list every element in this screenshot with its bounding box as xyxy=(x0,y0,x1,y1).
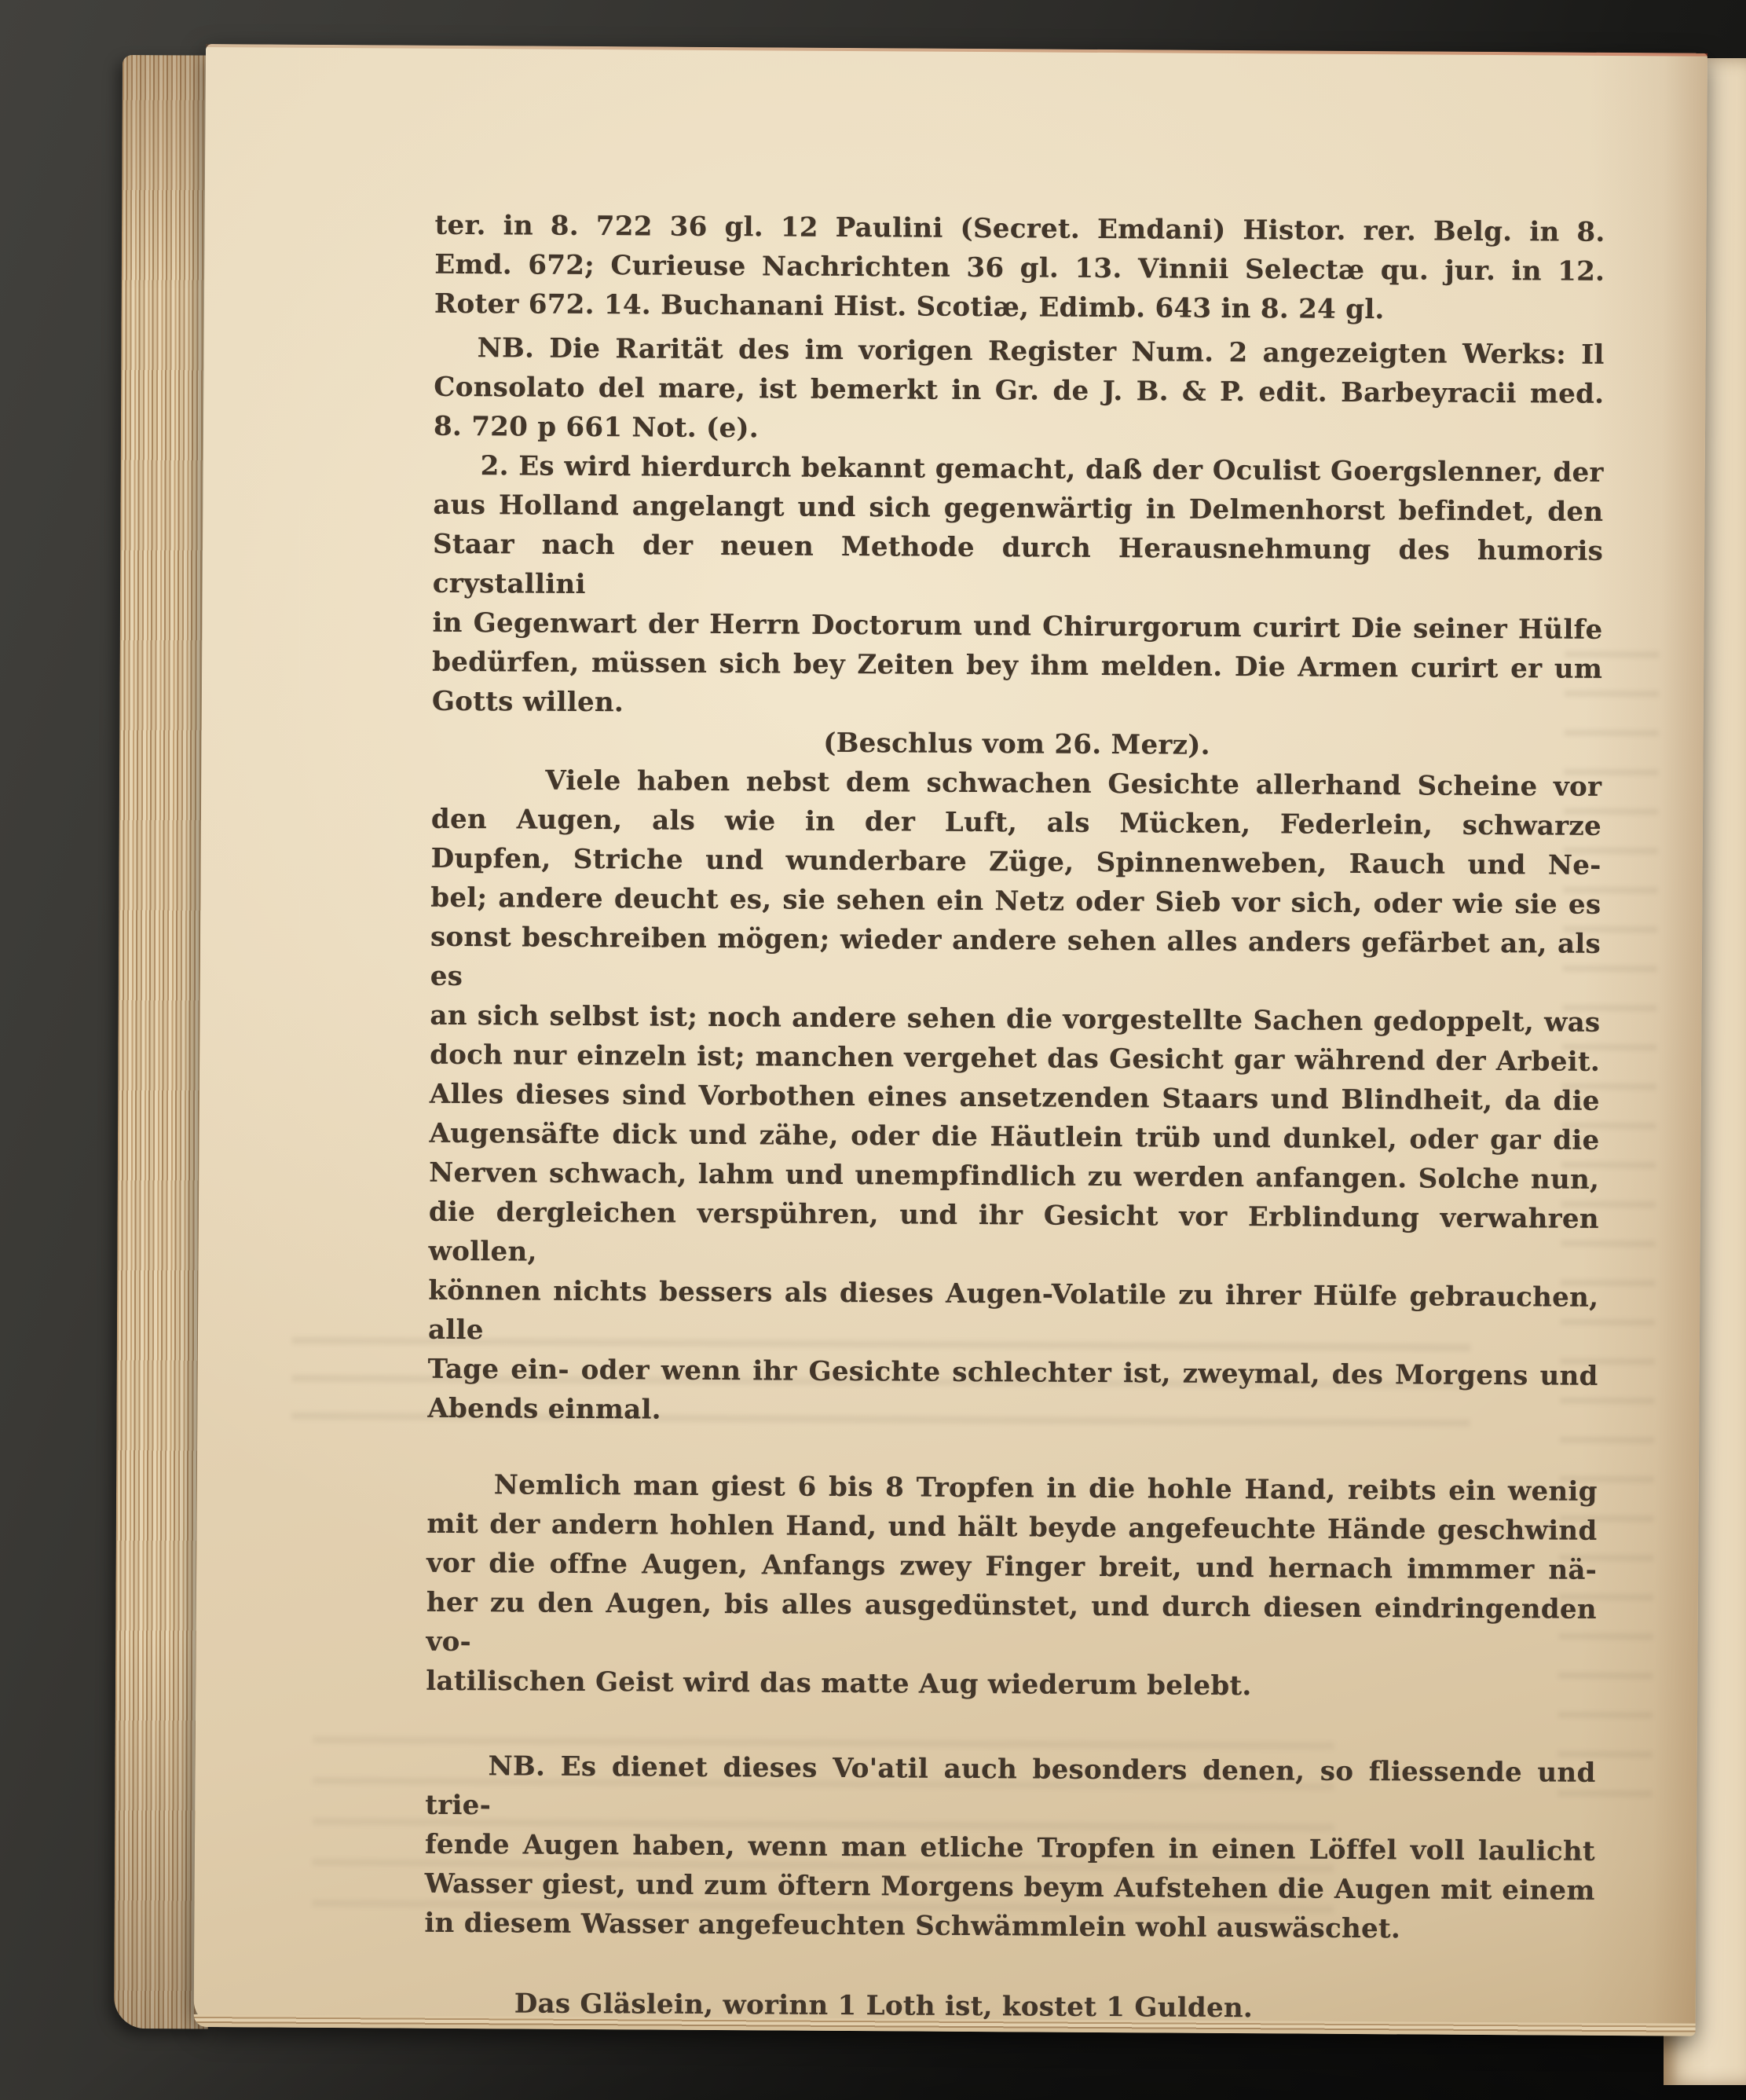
oculist-announcement-paragraph: 2. Es wird hierdurch bekannt gemacht, da… xyxy=(432,446,1604,728)
text-line: Tage ein- oder wenn ihr Gesichte schlech… xyxy=(428,1350,1598,1396)
text-line: können nichts bessers als dieses Augen-V… xyxy=(428,1271,1599,1357)
text-block: ter. in 8. 722 36 gl. 12 Paulini (Secret… xyxy=(424,206,1605,2030)
text-line: in diesem Wasser angefeuchten Schwämmlei… xyxy=(424,1904,1594,1950)
nb-eyewash-paragraph: NB. Es dienet dieses Vo'atil auch besond… xyxy=(424,1746,1595,1950)
text-line: 8. 720 p 661 Not. (e). xyxy=(434,407,1604,453)
text-line: vor die offne Augen, Anfangs zwey Finger… xyxy=(426,1544,1597,1590)
text-line: Alles dieses sind Vorbothen eines ansetz… xyxy=(430,1075,1600,1121)
text-line: Staar nach der neuen Methode durch Herau… xyxy=(433,525,1604,610)
usage-paragraph: Nemlich man giest 6 bis 8 Tropfen in die… xyxy=(426,1465,1598,1708)
text-line: Augensäfte dick und zähe, oder die Häutl… xyxy=(429,1114,1599,1160)
text-line: Nerven schwach, lahm und unempfindlich z… xyxy=(429,1153,1599,1200)
text-line: doch nur einzeln ist; manchen vergehet d… xyxy=(430,1035,1600,1082)
text-line: Gotts willen. xyxy=(432,682,1602,728)
text-line: NB. Die Rarität des im vorigen Register … xyxy=(434,328,1604,375)
text-line: aus Holland angelangt und sich gegenwärt… xyxy=(433,486,1603,532)
text-line: Consolato del mare, ist bemerkt in Gr. d… xyxy=(434,368,1604,414)
text-line: fende Augen haben, wenn man etliche Trop… xyxy=(425,1825,1595,1871)
text-line: Abends einmal. xyxy=(427,1389,1598,1435)
book-page: ter. in 8. 722 36 gl. 12 Paulini (Secret… xyxy=(194,44,1708,2036)
text-line: bedürfen, müssen sich bey Zeiten bey ihm… xyxy=(432,643,1602,689)
catalog-paragraph: ter. in 8. 722 36 gl. 12 Paulini (Secret… xyxy=(434,206,1605,331)
text-line: her zu den Augen, bis alles ausgedünstet… xyxy=(426,1583,1597,1669)
text-line: Nemlich man giest 6 bis 8 Tropfen in die… xyxy=(427,1465,1598,1512)
text-line: sonst beschreiben mögen; wieder andere s… xyxy=(430,918,1601,1003)
text-line: Dupfen, Striche und wunderbare Züge, Spi… xyxy=(431,839,1601,885)
section-heading: (Beschlus vom 26. Merz). xyxy=(431,721,1601,768)
text-line: bel; andere deucht es, sie sehen ein Net… xyxy=(430,878,1601,925)
text-line: latilischen Geist wird das matte Aug wie… xyxy=(426,1662,1596,1708)
nb-note-paragraph: NB. Die Rarität des im vorigen Register … xyxy=(434,328,1605,453)
text-line: Wasser giest, und zum öftern Morgens bey… xyxy=(425,1864,1595,1911)
page-top-edge xyxy=(206,44,1708,57)
text-line: den Augen, als wie in der Luft, als Mück… xyxy=(431,800,1601,846)
text-line: ter. in 8. 722 36 gl. 12 Paulini (Secret… xyxy=(434,206,1605,252)
text-line: die dergleichen verspühren, und ihr Gesi… xyxy=(428,1193,1599,1278)
text-line: Viele haben nebst dem schwachen Gesichte… xyxy=(431,760,1601,807)
text-line: Emd. 672; Curieuse Nachrichten 36 gl. 13… xyxy=(434,245,1605,291)
text-line: mit der andern hohlen Hand, und hält bey… xyxy=(426,1504,1597,1551)
symptoms-paragraph: Viele haben nebst dem schwachen Gesichte… xyxy=(427,760,1601,1435)
text-line: Roter 672. 14. Buchanani Hist. Scotiæ, E… xyxy=(434,284,1605,331)
text-line: 2. Es wird hierdurch bekannt gemacht, da… xyxy=(434,446,1604,493)
text-line: NB. Es dienet dieses Vo'atil auch besond… xyxy=(425,1746,1596,1832)
text-line: in Gegenwart der Herrn Doctorum und Chir… xyxy=(432,603,1602,650)
scan-backdrop: ter. in 8. 722 36 gl. 12 Paulini (Secret… xyxy=(0,0,1746,2100)
text-line: an sich selbst ist; noch andere sehen di… xyxy=(430,996,1600,1043)
